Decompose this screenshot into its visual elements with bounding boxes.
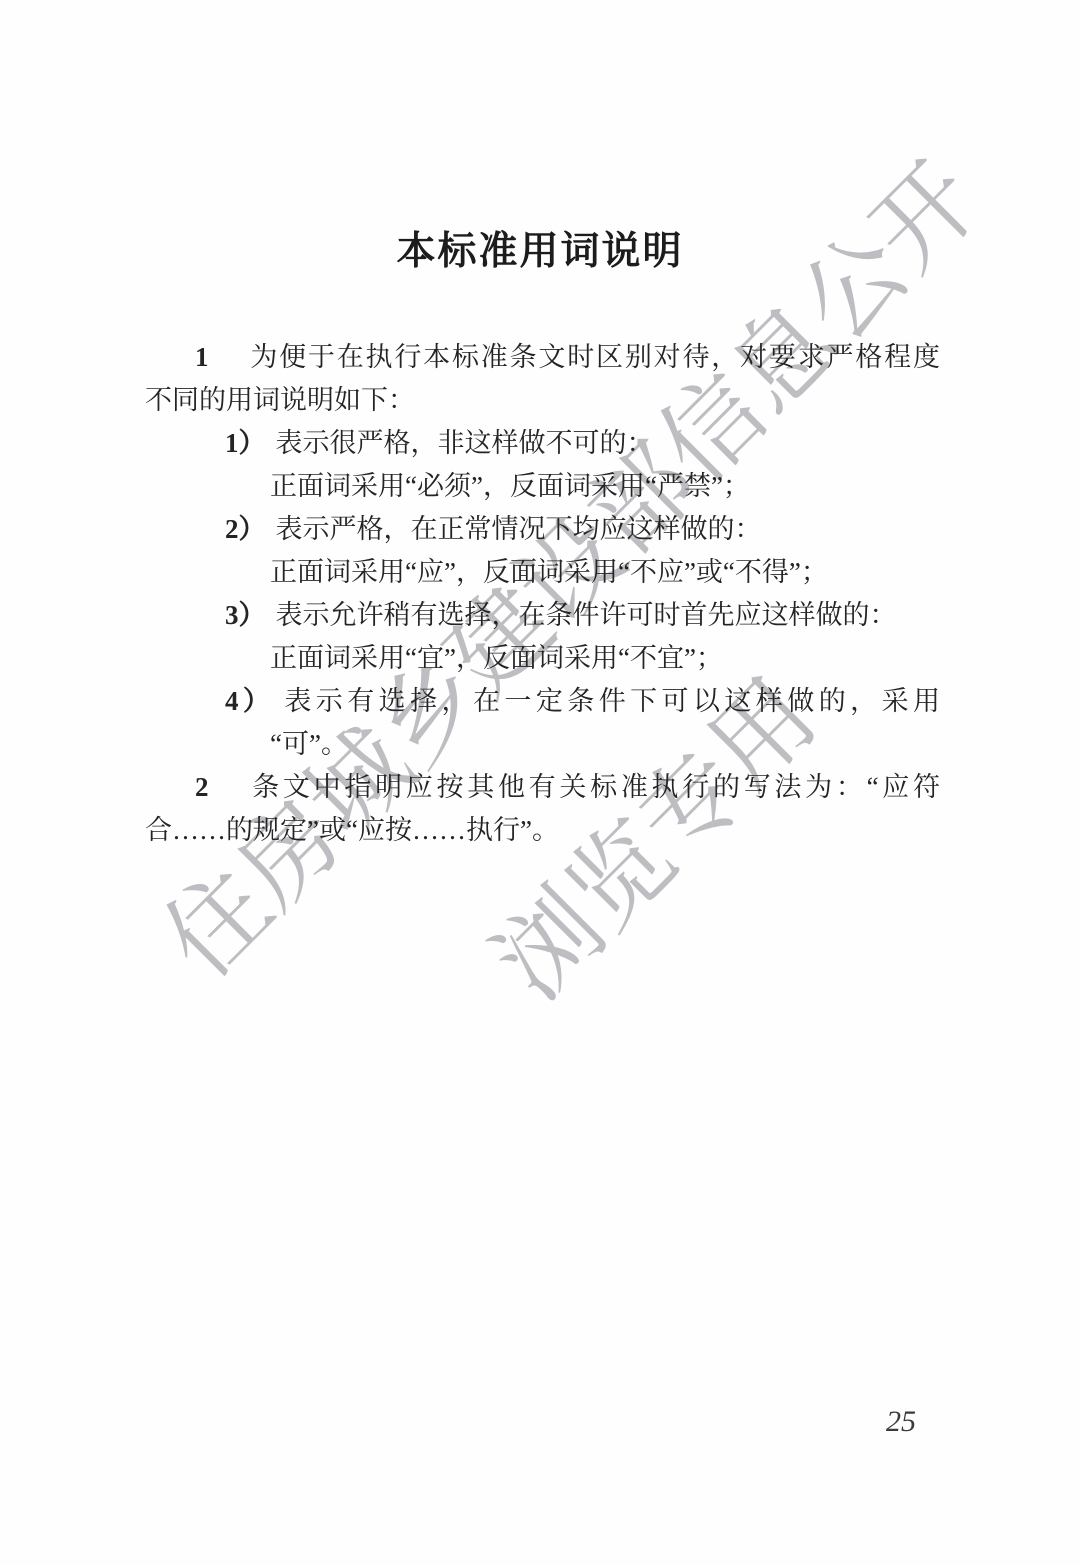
- item-3-number: 3）: [225, 600, 266, 630]
- page-number: 25: [886, 1405, 916, 1439]
- paragraph-2-text: 条文中指明应按其他有关标准执行的写法为：“应符: [249, 772, 941, 802]
- paragraph-1-text: 为便于在执行本标准条文时区别对待，对要求严格程度: [249, 342, 941, 372]
- paragraph-1-line-1: 1为便于在执行本标准条文时区别对待，对要求严格程度: [145, 336, 940, 379]
- item-1-number: 1）: [225, 428, 266, 458]
- paragraph-2-number: 2: [195, 772, 209, 802]
- item-1-detail-line: 正面词采用“必须”，反面词采用“严禁”；: [145, 465, 940, 508]
- item-3-detail-line: 正面词采用“宜”，反面词采用“不宜”；: [145, 637, 940, 680]
- paragraph-2-line-1: 2条文中指明应按其他有关标准执行的写法为：“应符: [145, 766, 940, 809]
- item-4-desc: 表示有选择，在一定条件下可以这样做的，采用: [284, 686, 940, 716]
- item-2-desc-line: 2）表示严格，在正常情况下均应这样做的：: [145, 508, 940, 551]
- item-1-desc-line: 1）表示很严格，非这样做不可的：: [145, 422, 940, 465]
- document-body: 1为便于在执行本标准条文时区别对待，对要求严格程度 不同的用词说明如下： 1）表…: [145, 336, 940, 852]
- item-4-desc-line: 4）表示有选择，在一定条件下可以这样做的，采用: [145, 680, 940, 723]
- page-title: 本标准用词说明: [0, 220, 1080, 276]
- item-1-desc: 表示很严格，非这样做不可的：: [276, 428, 654, 458]
- item-4-detail-line: “可”。: [145, 723, 940, 766]
- item-3-desc-line: 3）表示允许稍有选择，在条件许可时首先应这样做的：: [145, 594, 940, 637]
- item-4-number: 4）: [225, 686, 274, 716]
- item-2-number: 2）: [225, 514, 266, 544]
- paragraph-1-line-2: 不同的用词说明如下：: [145, 379, 940, 422]
- document-page: 住房城乡建设部信息公开 浏览专用 本标准用词说明 1为便于在执行本标准条文时区别…: [0, 0, 1080, 1565]
- item-2-detail-line: 正面词采用“应”，反面词采用“不应”或“不得”；: [145, 551, 940, 594]
- paragraph-2-line-2: 合……的规定”或“应按……执行”。: [145, 809, 940, 852]
- item-3-desc: 表示允许稍有选择，在条件许可时首先应这样做的：: [276, 600, 897, 630]
- item-2-desc: 表示严格，在正常情况下均应这样做的：: [276, 514, 762, 544]
- paragraph-1-number: 1: [195, 342, 209, 372]
